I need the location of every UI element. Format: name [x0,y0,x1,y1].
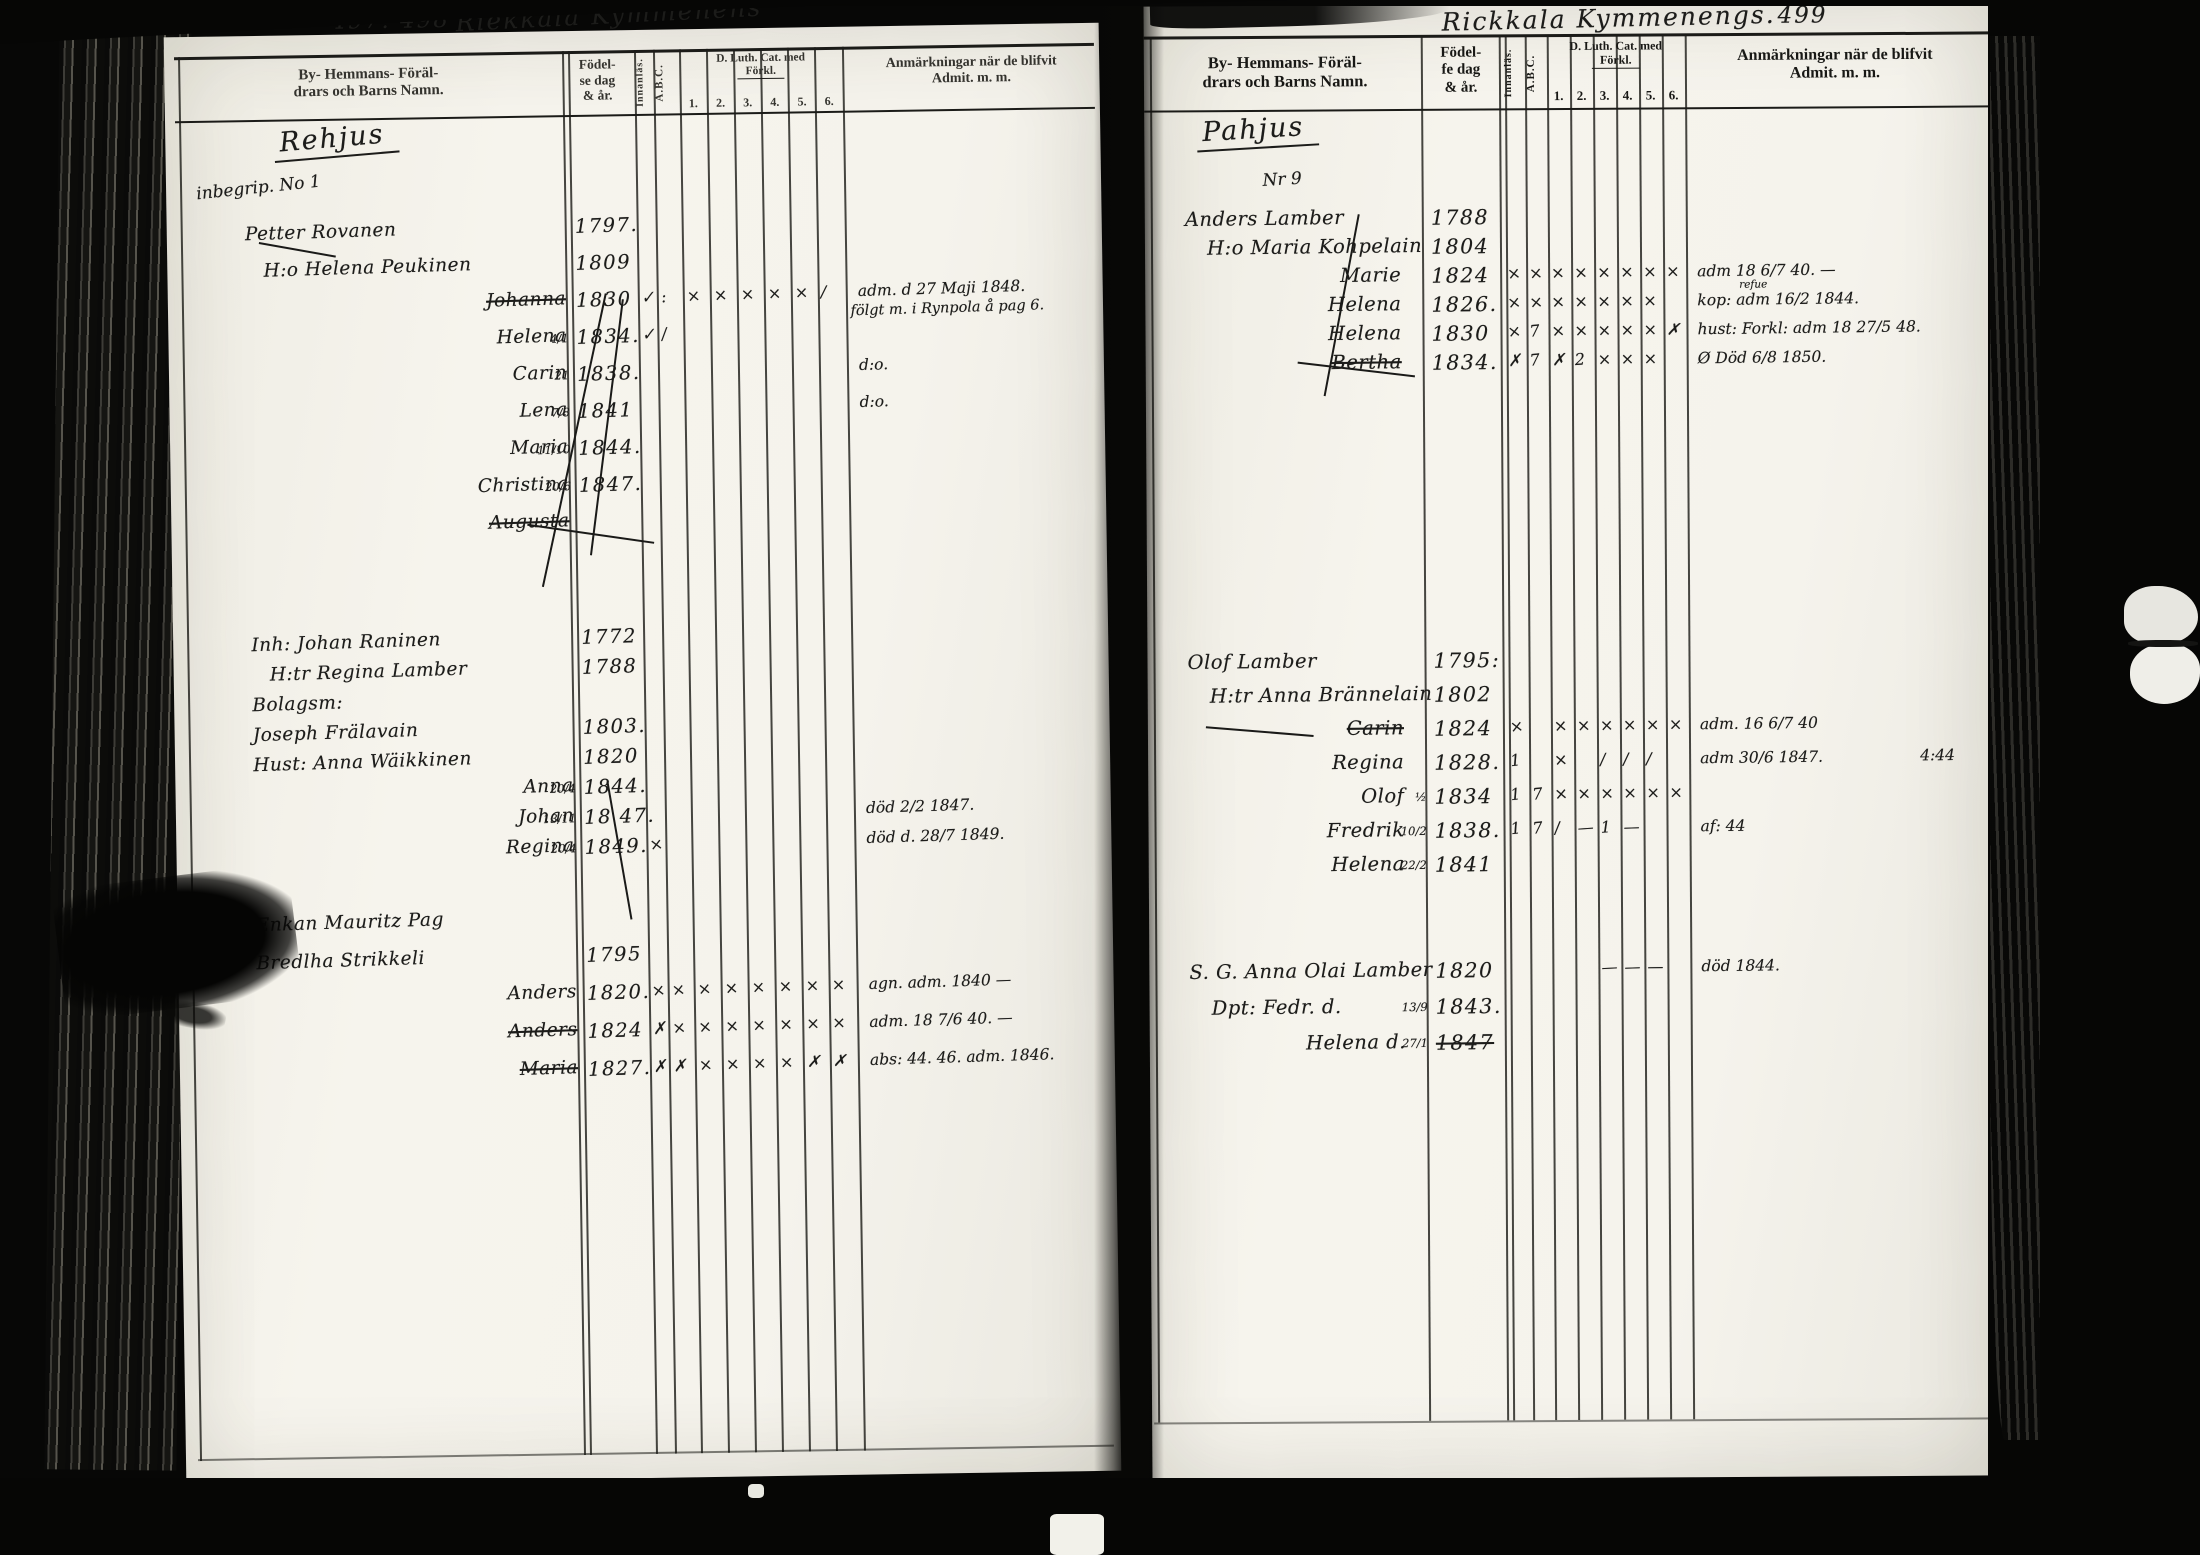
mark-cell: × [767,283,781,303]
remark-cell: adm. 18 7/6 40. — [869,1008,1013,1030]
table-row: Anders1824✗×××××××adm. 18 7/6 40. — [179,1006,1114,1035]
mark-cell: × [725,1016,740,1036]
mark-cell: × [752,1015,767,1035]
mark-cell: × [805,976,819,995]
mark-cell: / [821,282,827,301]
left-page: 497. 498 Riekkala Kymmenens By- Hemmans-… [164,23,1122,1486]
mark-cell: ✗ [651,1018,667,1039]
birthday-cell: 13/11 [543,811,577,826]
year-cell: 1834. [1432,350,1498,375]
mark-cell: × [1553,716,1568,736]
table-row: Olof½183417×××××× [1148,780,1993,791]
mark-cell: — [1601,957,1618,977]
mark-cell: × [1669,783,1682,802]
mark-cell: : [660,287,668,307]
year-cell: 1820 [1435,958,1493,983]
mark-cell: ✗ [1666,320,1679,339]
name-cell: Regina [1332,750,1404,774]
birthday-cell: 11/10 [537,442,571,457]
book-clasp-gap [2128,640,2198,647]
remark-cell: d:o. [859,392,889,411]
table-row: Enkan Mauritz Pag [178,892,1113,921]
mark-cell: × [1623,783,1637,802]
table-row: Inh: Johan Raninen1772 [173,612,1108,641]
name-cell: Hust: Anna Wäikkinen [253,748,472,776]
mark-cell: / [660,324,668,344]
year-cell: 1772 [581,624,637,649]
name-cell: H:tr Anna Brännelain [1210,682,1433,708]
table-row: Petter Rovanen1797. [167,201,1102,230]
year-cell: 1841 [1435,852,1493,877]
table-row: Olof Lamber1795: [1147,644,1992,655]
mark-cell: 2 [1574,350,1585,370]
remark-cell: af: 44 [1700,817,1745,836]
mark-cell: / [1623,749,1629,768]
mark-cell: 7 [1529,350,1541,370]
year-cell: 1827. [588,1056,652,1081]
name-cell: H:o Maria Kohpelain [1207,234,1422,260]
name-cell: Joseph Frälavain [252,720,418,746]
mark-cell: ✓ [640,324,656,345]
mark-cell: × [1506,321,1522,341]
book-scan: 497. 498 Riekkala Kymmenens By- Hemmans-… [0,0,2200,1555]
mark-cell: × [1597,262,1611,282]
page-edge-tick [1050,1514,1104,1555]
name-cell: Bolagsm: [252,692,343,716]
gutter-shadow [1094,0,1164,1555]
table-row: Anders1820.××××××××agn. adm. 1840 — [179,968,1114,997]
mark-cell: × [724,978,739,998]
name-cell: Anders [508,1019,578,1042]
year-cell: 1838. [1434,818,1500,843]
table-row: Helena d.27/11847 [1150,1026,1995,1037]
mark-cell: / [1600,749,1606,768]
mark-cell: 7 [1531,784,1543,804]
remark-cell-line2: fölgt m. i Rynpola å pag 6. [850,297,1044,319]
table-row: Regina1828.1×///adm 30/6 1847.4:44 [1148,746,1993,757]
remark-cell: d:o. [859,355,889,374]
mark-cell: × [1623,715,1637,734]
year-cell: 1834. [576,324,640,349]
year-cell: 1788 [581,654,637,679]
mark-cell: 1 [1509,784,1521,804]
mark-cell: — [1647,957,1663,976]
name-cell: Johanna [486,288,566,311]
mark-cell: × [780,1052,794,1072]
name-cell: S. G. Anna Olai Lamber [1189,958,1432,984]
table-row: Augusta [171,497,1106,526]
birthday-cell: 22/2 [1401,858,1427,872]
mark-cell: × [1574,262,1589,282]
mark-cell: ✗ [1551,350,1566,370]
remark-far-cell: 4:44 [1920,746,1955,764]
year-cell: 1797. [574,213,638,238]
mark-cell: × [713,285,728,305]
mark-cell: × [671,979,687,999]
mark-cell: × [1620,291,1634,310]
remark-cell: död d. 28/7 1849. [866,825,1004,847]
remark-cell: adm. 16 6/7 40 [1700,714,1818,734]
mark-cell: × [698,1055,713,1075]
mark-cell: × [1506,292,1522,312]
mark-cell: × [1600,783,1614,803]
birthday-cell: 21 [554,368,569,382]
mark-cell: × [1551,321,1566,341]
name-cell: Anders Lamber [1185,206,1344,231]
mark-cell: — [1624,957,1641,976]
year-cell: 1847. [579,472,643,497]
mark-cell: × [1600,715,1614,735]
year-cell: 1824 [1431,263,1489,288]
table-row: Carin1824×××××××adm. 16 6/7 40 [1148,712,1993,723]
year-cell: 1828. [1434,750,1500,775]
mark-cell: / [1554,818,1561,837]
mark-cell: × [686,286,701,306]
mark-cell: × [832,975,846,994]
name-cell: H:tr Regina Lamber [270,658,468,685]
name-cell: Inh: Johan Raninen [251,629,441,656]
table-row: Bredlha Strikkeli1795 [178,930,1113,959]
table-row: Marie1824××××××××adm 18 6/7 40. — [1145,259,1990,270]
name-cell: Petter Rovanen [245,220,397,246]
mark-cell: × [671,1017,687,1037]
year-cell: 1824 [1434,716,1492,741]
table-row: Maria1827.✗✗××××✗✗abs: 44. 46. adm. 1846… [180,1044,1115,1073]
mark-cell: × [778,976,792,996]
right-entries: Anders Lamber1788H:o Maria Kohpelain1804… [1144,1,1998,1480]
mark-cell: 1 [1510,818,1522,838]
birthday-cell: 4/1 [550,331,569,346]
mark-cell: ✗ [1507,350,1523,370]
mark-cell: × [1574,320,1589,340]
birthday-cell: 27/1 [1402,1036,1428,1050]
table-row: Anders Lamber1788 [1145,201,1990,212]
name-cell: Anders [507,981,577,1004]
mark-cell: × [779,1014,793,1034]
mark-cell: × [1620,320,1634,339]
year-cell: 1841 [577,398,633,423]
mark-cell: / [1646,749,1652,768]
mark-cell: × [1554,784,1569,804]
remark-cell: hust: Forkl: adm 18 27/5 48. [1697,317,1920,338]
birthday-cell: 20/4 [550,781,576,796]
name-cell: Olof [1361,784,1404,808]
year-cell: 1803. [582,714,646,739]
mark-cell: 1 [1600,817,1611,836]
mark-cell: × [1528,263,1543,283]
name-cell: Maria [519,1057,578,1080]
birthday-cell: 13/9 [1402,1000,1428,1014]
mark-cell: × [806,1014,820,1033]
mark-cell: ✓ [640,287,656,308]
table-row: Helena1826.×××××××refuekop: adm 16/2 184… [1145,288,1990,299]
year-cell: 18 47. [584,804,656,829]
mark-cell: × [1509,716,1525,736]
table-row: S. G. Anna Olai Lamber1820———död 1844. [1149,954,1994,965]
table-row: Christina20/61847. [171,460,1106,489]
mark-cell: × [751,977,766,997]
book-clasp [2124,586,2198,644]
mark-cell: × [1597,320,1611,340]
year-cell: 1847 [1436,1030,1494,1055]
mark-cell: × [1577,783,1592,803]
mark-cell: × [651,980,667,1001]
mark-cell: × [832,1013,846,1032]
name-cell: H:o Helena Peukinen [263,254,472,282]
year-cell: 1795 [586,942,642,967]
remark-cell: kop: adm 16/2 1844. [1697,289,1859,309]
table-row: Helena1830×7×××××✗hust: Forkl: adm 18 27… [1145,317,1990,328]
remark-cell: abs: 44. 46. adm. 1846. [870,1045,1055,1069]
mark-cell: × [1646,783,1660,802]
year-cell: 1826. [1431,292,1497,317]
mark-cell: 7 [1529,321,1541,341]
remark-cell: Ø Död 6/8 1850. [1698,348,1827,368]
name-cell: Helena [1331,852,1405,876]
birthday-cell: 10/2 [1401,824,1427,838]
table-row: Carin211838.d:o. [169,349,1104,378]
mark-cell: × [1620,262,1634,281]
mark-cell: × [725,1054,740,1074]
mark-cell: ✗ [807,1052,821,1071]
table-row: H:tr Anna Brännelain1802 [1148,678,1993,689]
mark-cell: × [740,284,755,304]
mark-cell: 1 [1509,750,1521,770]
name-cell: Dpt: Fedr. d. [1212,995,1342,1020]
name-cell: Olof Lamber [1187,649,1317,674]
mark-cell: × [1643,320,1657,339]
table-row: Bertha1834.✗7✗2×××Ø Död 6/8 1850. [1146,346,1991,357]
mark-cell: × [1576,715,1591,735]
mark-cell: × [1551,292,1566,312]
note-small: refue [1739,278,1767,290]
birthday-cell: ½ [1415,790,1426,804]
year-cell: 1844. [578,435,642,460]
mark-cell: × [1646,715,1660,734]
table-row: H:o Maria Kohpelain1804 [1145,230,1990,241]
mark-cell: × [1643,291,1657,310]
year-cell: 1820. [587,980,651,1005]
name-cell: Carin [1347,716,1404,740]
mark-cell: × [648,834,664,855]
right-page-edges [1990,36,2040,1440]
birthday-cell: 20/6 [545,479,571,494]
year-cell: 1844. [583,774,647,799]
table-row: Lena7/81841d:o. [170,386,1105,415]
year-cell: 1834 [1434,784,1492,809]
mark-cell: × [1643,262,1657,281]
name-cell: Helena d. [1306,1030,1406,1054]
name-cell: Fredrik [1327,818,1405,842]
table-row: Helena22/21841 [1149,848,1994,859]
right-page: Rickkala Kymmenengs. 499 By- Hemmans- Fö… [1144,1,1998,1480]
mark-cell: × [1553,750,1568,770]
year-cell: 1809 [575,250,631,275]
table-row: Fredrik10/21838.17/—1—af: 44 [1149,814,1994,825]
page-edge-tick [748,1484,764,1498]
year-cell: 1788 [1431,205,1489,230]
remark-cell: adm 30/6 1847. [1700,748,1823,768]
birthday-cell: 7/8 [551,405,570,420]
year-cell: 1820 [583,744,639,769]
year-cell: 1824 [587,1018,643,1043]
left-entries: Petter Rovanen1797.H:o Helena Peukinen18… [164,23,1122,1486]
year-cell: 1795: [1433,648,1500,673]
remark-cell: agn. adm. 1840 — [868,971,1011,993]
mark-cell: × [752,1053,767,1073]
mark-cell: — [1577,817,1594,837]
mark-cell: — [1623,817,1640,836]
mark-cell: × [1574,291,1589,311]
remark-cell: död 1844. [1701,956,1780,975]
remark-cell: adm. d 27 Maji 1848. [858,277,1026,300]
mark-cell: 7 [1532,818,1544,838]
mark-cell: × [1597,349,1611,369]
year-cell: 1830 [1431,321,1489,346]
mark-cell: × [1620,349,1634,368]
table-row: Dpt: Fedr. d.13/91843. [1150,990,1995,1001]
mark-cell: ✗ [672,1055,688,1075]
table-row: Maria11/101844. [170,423,1105,452]
mark-cell: ✗ [652,1056,668,1077]
remark-cell: adm 18 6/7 40. — [1697,261,1836,281]
mark-cell: × [1550,263,1565,283]
mark-cell: × [1506,263,1522,283]
mark-cell: × [795,283,809,302]
mark-cell: × [1528,292,1543,312]
table-row: Helena4/11834.✓/ [169,312,1104,341]
remark-cell: död 2/2 1847. [866,796,975,817]
mark-cell: × [697,1017,712,1037]
mark-cell: × [697,979,712,999]
mark-cell: × [1669,715,1682,734]
birthday-cell: 20/4 [551,841,577,856]
mark-cell: × [1666,262,1679,281]
year-cell: 1802 [1434,682,1492,707]
year-cell: 1843. [1436,994,1502,1019]
mark-cell: ✗ [833,1051,847,1070]
year-cell: 1804 [1431,234,1489,259]
mark-cell: × [1597,291,1611,311]
mark-cell: × [1644,349,1658,368]
